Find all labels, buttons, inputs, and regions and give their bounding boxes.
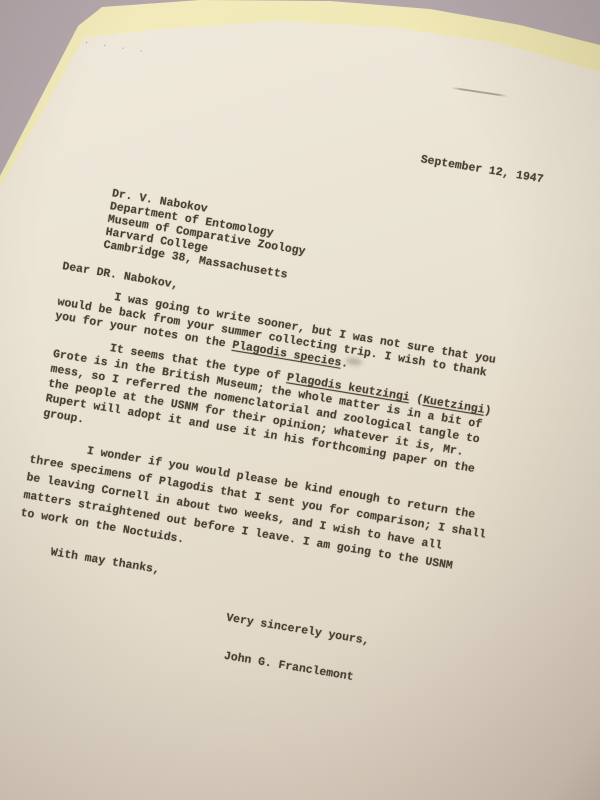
- recipient-address: Dr. V. NabokovDepartment of EntomologyMu…: [102, 187, 310, 284]
- letter-content: September 12, 1947 Dr. V. NabokovDepartm…: [0, 90, 573, 790]
- signature-name: John G. Franclemont: [222, 648, 354, 687]
- photo-of-letter: · · · · September 12, 1947 Dr. V. Naboko…: [0, 0, 600, 800]
- closing-line: With may thanks,: [49, 544, 161, 580]
- valediction: Very sincerely yours,: [225, 610, 371, 651]
